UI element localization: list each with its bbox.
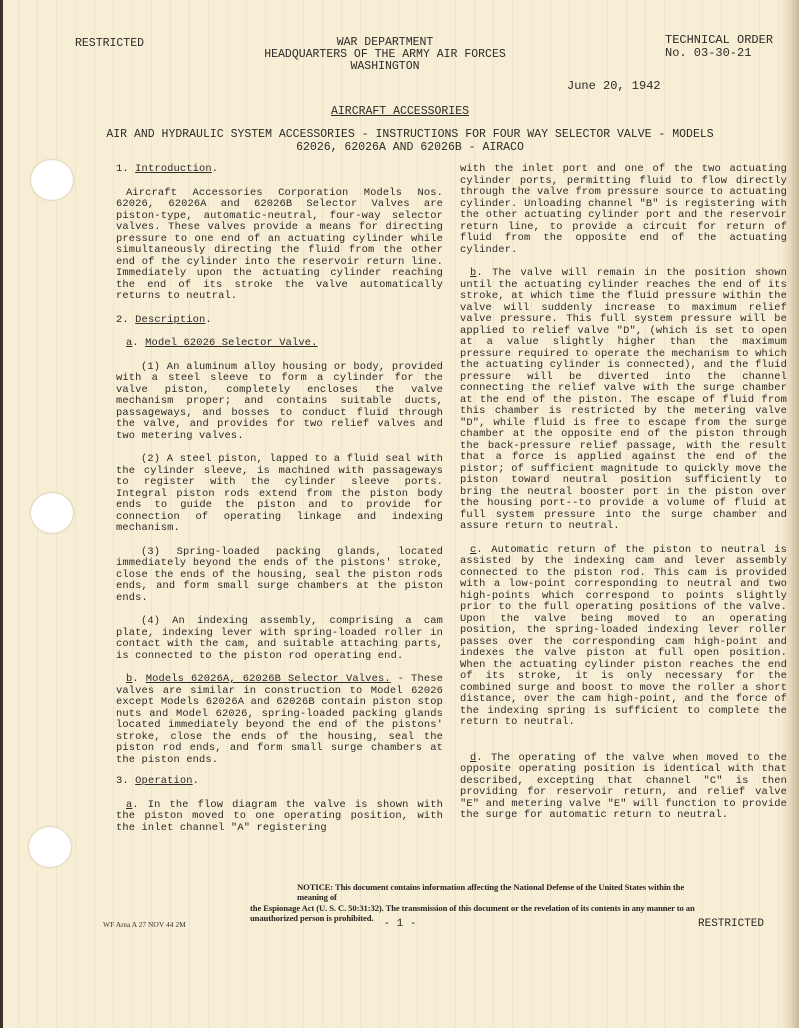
classification-top: RESTRICTED [75,37,144,50]
punch-hole [29,827,71,867]
paragraph-models-62026a-b: b. Models 62026A, 62026B Selector Valves… [116,674,443,766]
page-number: - 1 - [350,918,450,930]
notice-line: the Espionage Act (U. S. C. 50:31:32). T… [250,903,700,913]
heading-number: 3. [116,775,129,787]
issuing-authority: WAR DEPARTMENT HEADQUARTERS OF THE ARMY … [200,37,570,73]
sub-letter: b [126,673,132,685]
left-column: 1. Introduction. Aircraft Accessories Co… [116,164,443,834]
heading-number: 1. [116,163,129,175]
sub-title: Models 62026A, 62026B Selector Valves. [146,673,391,685]
paragraph-item-1: (1) An aluminum alloy housing or body, p… [116,362,443,443]
punch-hole [31,493,73,533]
paragraph-text: . The operating of the valve when moved … [460,752,787,822]
heading-text: Description [135,314,205,326]
paragraph-introduction: Aircraft Accessories Corporation Models … [116,188,443,303]
heading-number: 2. [116,314,129,326]
paragraph-item-4: (4) An indexing assembly, comprising a c… [116,616,443,662]
heading-operation: 3. Operation. [116,776,443,788]
paragraph-operation-b: b. The valve will remain in the position… [460,268,787,533]
notice-line: unauthorized person is prohibited. [250,913,700,923]
heading-text: Introduction [135,163,212,175]
technical-order-number: TECHNICAL ORDER No. 03-30-21 [665,34,773,60]
paragraph-operation-a: a. In the flow diagram the valve is show… [116,800,443,835]
subheading-model-62026: a. Model 62026 Selector Valve. [116,338,443,350]
to-number: No. 03-30-21 [665,47,773,60]
title-line: AIR AND HYDRAULIC SYSTEM ACCESSORIES - I… [100,128,720,141]
punch-hole [31,160,73,200]
espionage-notice: NOTICE: This document contains informati… [250,882,700,924]
heading-introduction: 1. Introduction. [116,164,443,176]
notice-line: NOTICE: This document contains informati… [250,882,700,903]
authority-line: WASHINGTON [200,61,570,73]
page-edge [0,0,3,1028]
title-line: 62026, 62026A AND 62026B - AIRACO [100,141,720,154]
section-title-text: AIRCRAFT ACCESSORIES [331,105,469,118]
paragraph-text: . Automatic return of the piston to neut… [460,544,787,729]
heading-description: 2. Description. [116,315,443,327]
paragraph-text: . In the flow diagram the valve is shown… [116,799,443,834]
document-title: AIR AND HYDRAULIC SYSTEM ACCESSORIES - I… [100,128,720,154]
document-date: June 20, 1942 [567,79,661,93]
paragraph-operation-c: c. Automatic return of the piston to neu… [460,545,787,729]
paragraph-operation-d: d. The operating of the valve when moved… [460,753,787,822]
document-page: RESTRICTED WAR DEPARTMENT HEADQUARTERS O… [0,0,799,1028]
classification-bottom: RESTRICTED [698,918,764,930]
print-code: WF Area A 27 NOV 44 2M [103,920,186,929]
sub-title: Model 62026 Selector Valve. [145,337,317,349]
paragraph-text: . The valve will remain in the position … [460,267,787,532]
sub-letter: a [126,337,132,349]
paragraph-item-2: (2) A steel piston, lapped to a fluid se… [116,454,443,535]
paragraph-text: - These valves are similar in constructi… [116,673,443,766]
paragraph-operation-a-continued: with the inlet port and one of the two a… [460,164,787,256]
right-column: with the inlet port and one of the two a… [460,164,787,822]
paragraph-item-3: (3) Spring-loaded packing glands, locate… [116,547,443,605]
heading-text: Operation [135,775,192,787]
section-title: AIRCRAFT ACCESSORIES [200,105,600,118]
